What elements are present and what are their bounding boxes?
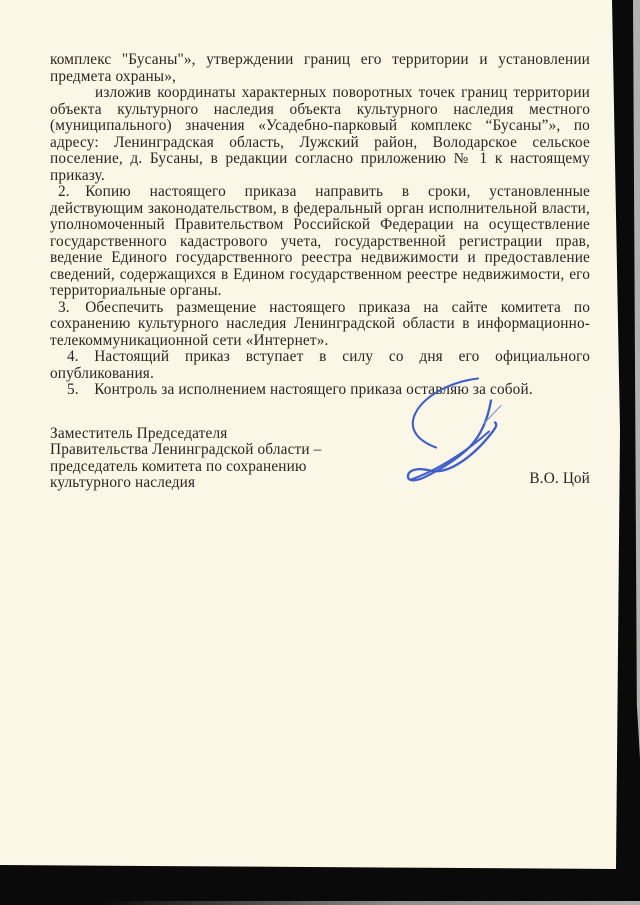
scanner-edge-strip-bottom: [0, 901, 640, 905]
paragraph-izlozhiv: изложив координаты характерных поворотны…: [50, 85, 590, 184]
order-item-2: 2. Копию настоящего приказа направить в …: [50, 184, 590, 300]
signer-title: Заместитель Председателя Правительства Л…: [50, 426, 380, 492]
order-item-4: 4. Настоящий приказ вступает в силу со д…: [50, 349, 590, 382]
signature-block: Заместитель Председателя Правительства Л…: [50, 426, 590, 492]
scanner-edge-strip-right: [633, 0, 640, 758]
document-body: комплекс "Бусаны"», утверждении границ е…: [50, 52, 590, 492]
signer-title-line: Правительства Ленинградской области –: [50, 442, 380, 459]
paragraph-continuation: комплекс "Бусаны"», утверждении границ е…: [50, 52, 590, 85]
signer-title-line: председатель комитета по сохранению: [50, 459, 380, 476]
signer-title-line: Заместитель Председателя: [50, 426, 380, 443]
paper-sheet: комплекс "Бусаны"», утверждении границ е…: [0, 0, 640, 905]
signer-title-line: культурного наследия: [50, 475, 380, 492]
signer-name: В.О. Цой: [529, 471, 590, 488]
scanned-page: комплекс "Бусаны"», утверждении границ е…: [0, 0, 640, 905]
order-item-3: 3. Обеспечить размещение настоящего прик…: [50, 300, 590, 350]
order-item-5: 5. Контроль за исполнением настоящего пр…: [50, 382, 590, 399]
